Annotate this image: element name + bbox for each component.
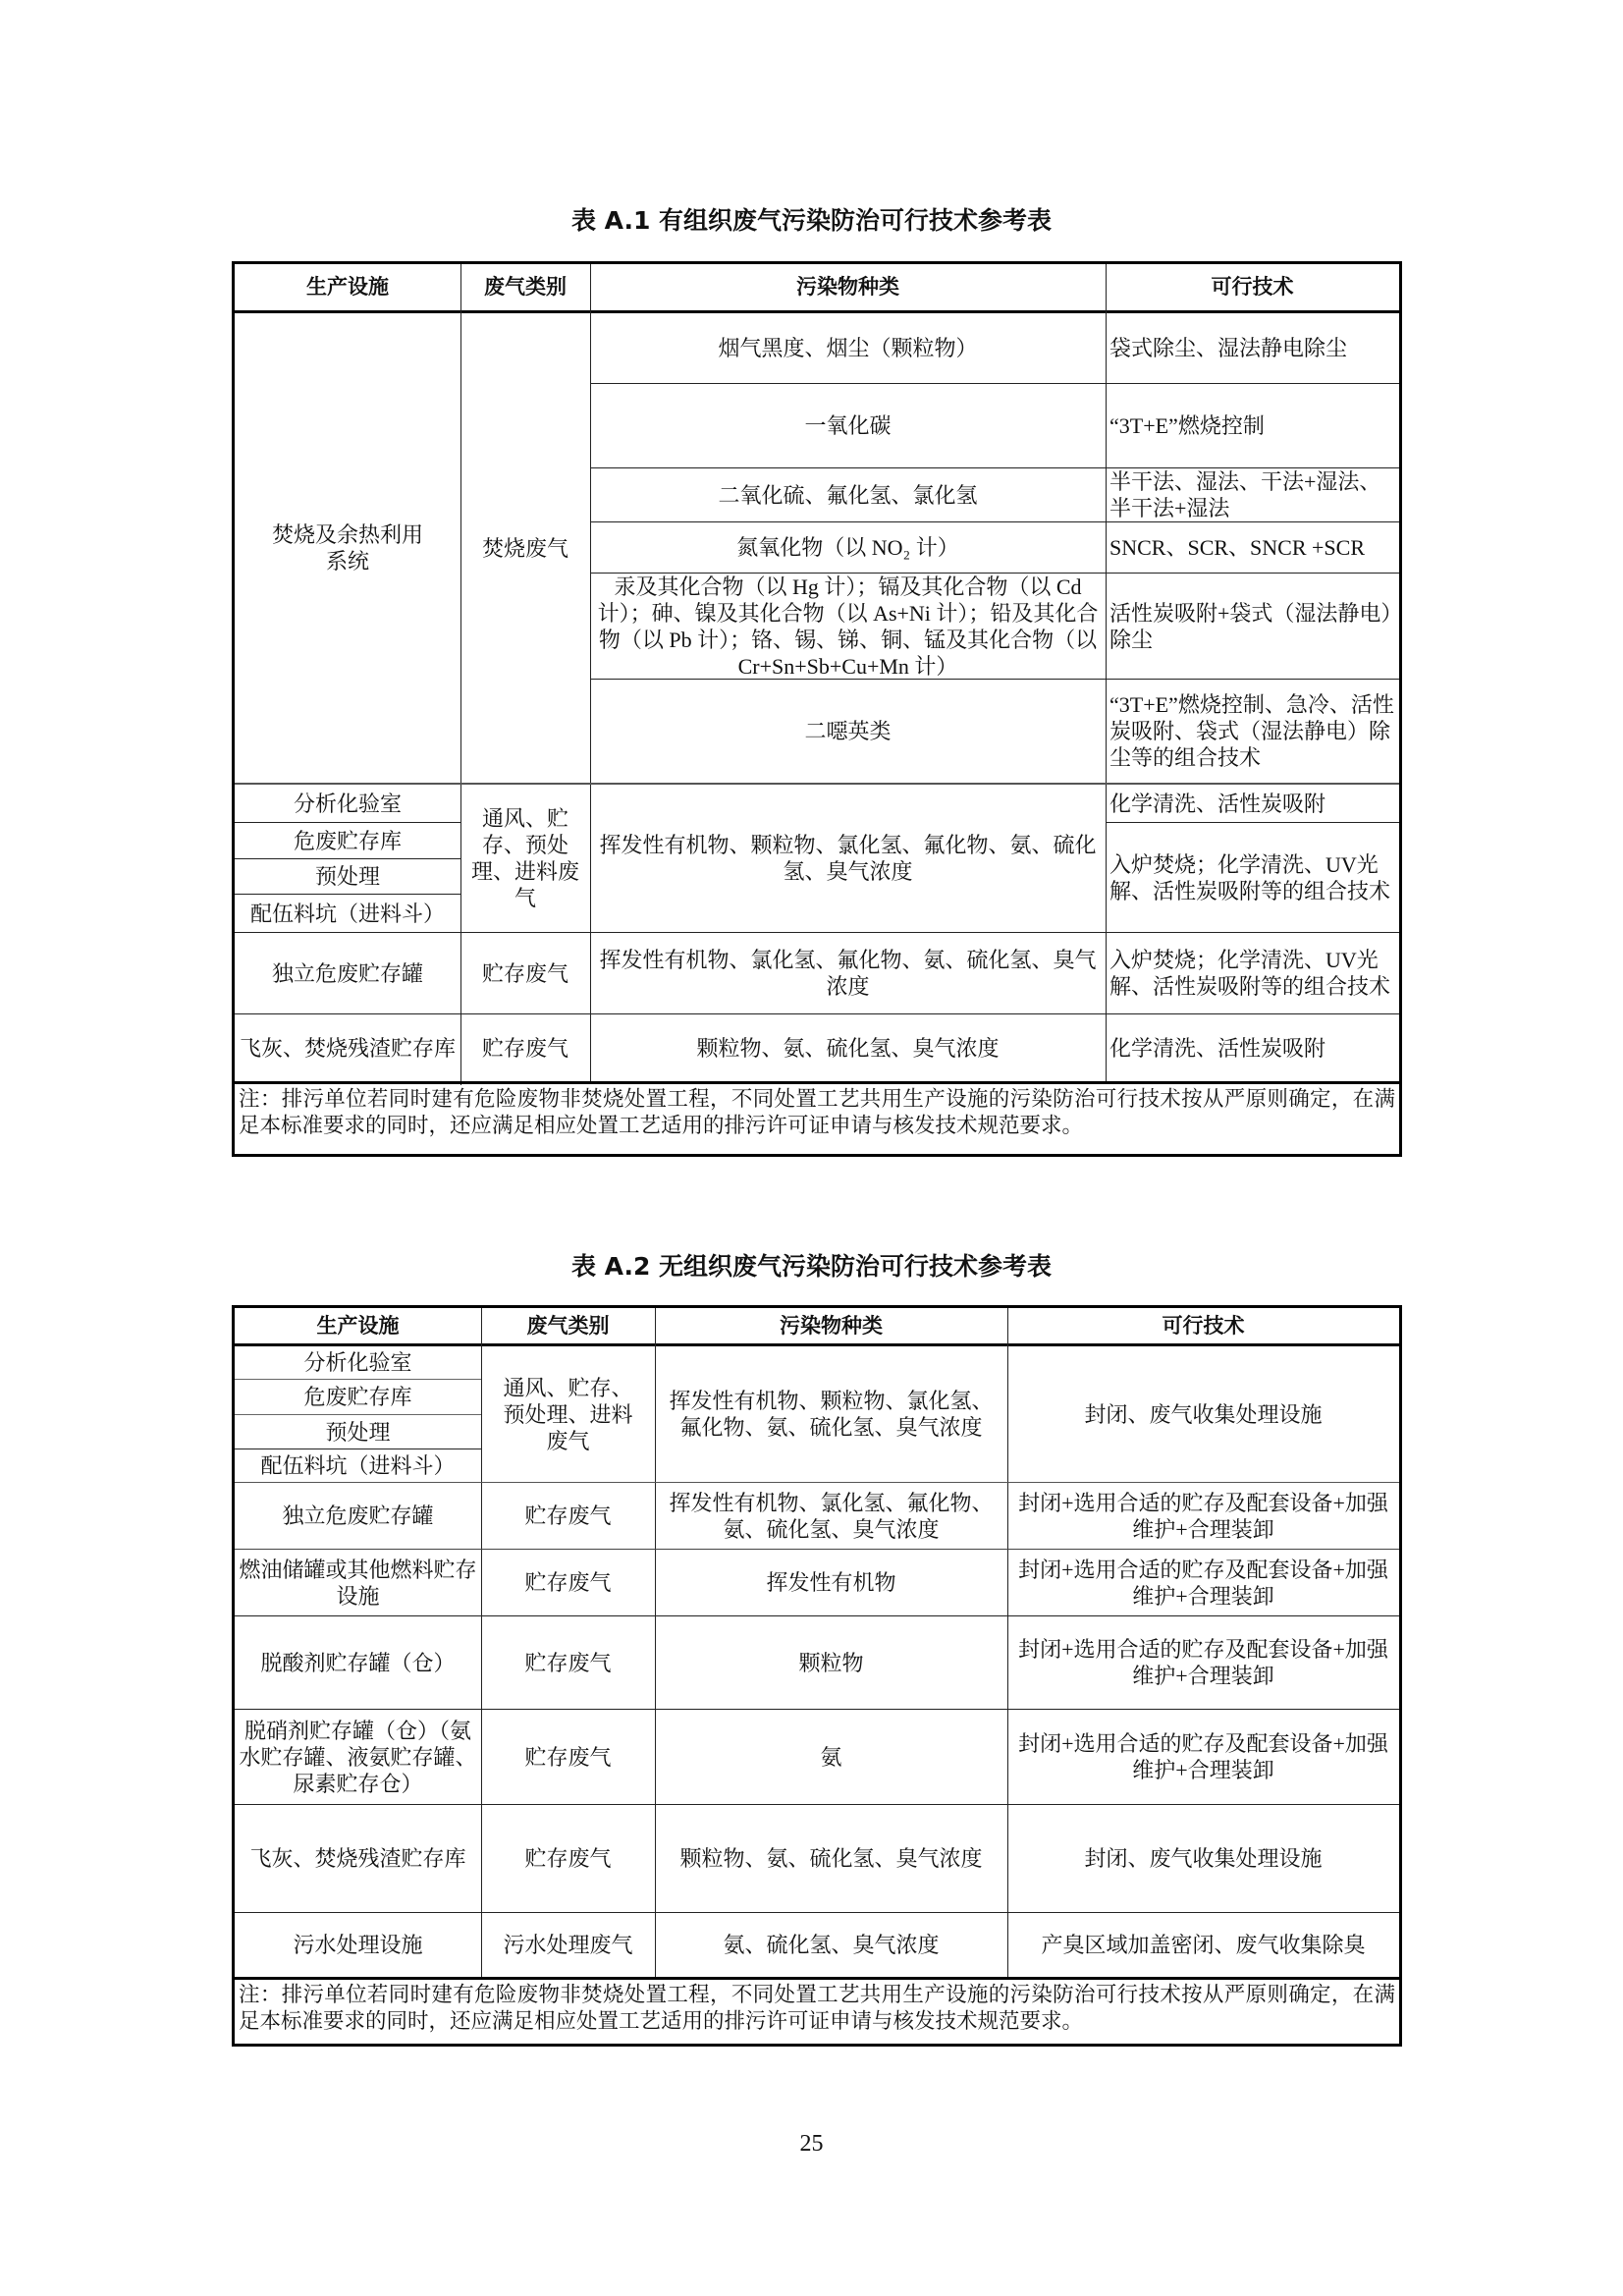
technique-cell: 封闭+选用合适的贮存及配套设备+加强维护+合理装卸 — [1007, 1550, 1399, 1615]
facility-cell: 脱硝剂贮存罐（仓）（氨水贮存罐、液氨贮存罐、尿素贮存仓） — [235, 1710, 481, 1804]
header-technique: 可行技术 — [1007, 1308, 1399, 1343]
table-a2-note: 注：排污单位若同时建有危险废物非焚烧处置工程，不同处置工艺共用生产设施的污染防治… — [235, 1980, 1399, 2044]
pollutant-cell: 挥发性有机物、氯化氢、氟化物、氨、硫化氢、臭气浓度 — [590, 933, 1106, 1013]
header-facility: 生产设施 — [235, 1308, 481, 1343]
gas-type-cell: 通风、贮存、预处理、进料废气 — [460, 785, 590, 932]
facility-cell: 独立危废贮存罐 — [235, 933, 460, 1013]
facility-cell: 飞灰、焚烧残渣贮存库 — [235, 1805, 481, 1912]
technique-cell: 活性炭吸附+袋式（湿法静电）除尘 — [1106, 574, 1399, 679]
table-a1: 生产设施 废气类别 污染物种类 可行技术 焚烧及余热利用系统 焚烧废气 烟气黑度… — [232, 261, 1402, 1157]
table-a2-title: 表 A.2 无组织废气污染防治可行技术参考表 — [0, 1247, 1623, 1283]
pollutant-cell: 汞及其化合物（以 Hg 计）；镉及其化合物（以 Cd 计）；砷、镍及其化合物（以… — [590, 574, 1106, 679]
technique-cell: 产臭区域加盖密闭、废气收集除臭 — [1007, 1913, 1399, 1977]
pollutant-cell: 颗粒物 — [655, 1616, 1007, 1709]
table-a2: 生产设施 废气类别 污染物种类 可行技术 分析化验室 危废贮存库 预处理 配伍料… — [232, 1305, 1402, 2047]
pollutant-cell: 挥发性有机物、氯化氢、氟化物、氨、硫化氢、臭气浓度 — [655, 1483, 1007, 1549]
header-gas-type: 废气类别 — [481, 1308, 655, 1343]
technique-cell: 袋式除尘、湿法静电除尘 — [1106, 313, 1399, 383]
technique-cell: 入炉焚烧；化学清洗、UV光解、活性炭吸附等的组合技术 — [1106, 933, 1399, 1013]
technique-cell: SNCR、SCR、SNCR +SCR — [1106, 522, 1399, 573]
header-facility: 生产设施 — [235, 264, 460, 310]
gas-type-cell: 贮存废气 — [481, 1483, 655, 1549]
facility-cell: 燃油储罐或其他燃料贮存设施 — [235, 1550, 481, 1615]
pollutant-cell: 二氧化硫、氟化氢、氯化氢 — [590, 468, 1106, 521]
technique-cell: “3T+E”燃烧控制、急冷、活性炭吸附、袋式（湿法静电）除尘等的组合技术 — [1106, 680, 1399, 783]
pollutant-cell: 二噁英类 — [590, 680, 1106, 783]
technique-cell: 半干法、湿法、干法+湿法、半干法+湿法 — [1106, 468, 1399, 521]
technique-cell: 入炉焚烧；化学清洗、UV光解、活性炭吸附等的组合技术 — [1106, 823, 1399, 932]
technique-cell: 封闭、废气收集处理设施 — [1007, 1346, 1399, 1482]
technique-cell: 封闭+选用合适的贮存及配套设备+加强维护+合理装卸 — [1007, 1616, 1399, 1709]
pollutant-cell: 一氧化碳 — [590, 384, 1106, 467]
header-technique: 可行技术 — [1106, 264, 1399, 310]
facility-cell: 危废贮存库 — [235, 1380, 481, 1414]
gas-type-cell: 贮存废气 — [460, 1014, 590, 1081]
gas-type-cell: 贮存废气 — [481, 1710, 655, 1804]
facility-cell: 焚烧及余热利用系统 — [235, 313, 460, 783]
gas-type-cell: 污水处理废气 — [481, 1913, 655, 1977]
table-a1-note: 注：排污单位若同时建有危险废物非焚烧处置工程，不同处置工艺共用生产设施的污染防治… — [235, 1084, 1399, 1154]
facility-cell: 配伍料坑（进料斗） — [235, 895, 460, 932]
facility-cell: 配伍料坑（进料斗） — [235, 1449, 481, 1482]
pollutant-cell: 挥发性有机物、颗粒物、氯化氢、氟化物、氨、硫化氢、臭气浓度 — [590, 785, 1106, 932]
facility-cell: 危废贮存库 — [235, 823, 460, 858]
pollutant-cell: 氮氧化物（以 NO₂ 计） — [590, 522, 1106, 573]
header-pollutant: 污染物种类 — [655, 1308, 1007, 1343]
gas-type-cell: 贮存废气 — [481, 1805, 655, 1912]
facility-cell: 分析化验室 — [235, 785, 460, 822]
gas-type-cell: 焚烧废气 — [460, 313, 590, 783]
technique-cell: “3T+E”燃烧控制 — [1106, 384, 1399, 467]
technique-cell: 化学清洗、活性炭吸附 — [1106, 785, 1399, 822]
pollutant-cell: 颗粒物、氨、硫化氢、臭气浓度 — [590, 1014, 1106, 1081]
pollutant-cell: 氨、硫化氢、臭气浓度 — [655, 1913, 1007, 1977]
gas-type-cell: 贮存废气 — [460, 933, 590, 1013]
gas-type-cell: 贮存废气 — [481, 1550, 655, 1615]
pollutant-cell: 挥发性有机物 — [655, 1550, 1007, 1615]
facility-cell: 脱酸剂贮存罐（仓） — [235, 1616, 481, 1709]
pollutant-cell: 烟气黑度、烟尘（颗粒物） — [590, 313, 1106, 383]
facility-cell: 污水处理设施 — [235, 1913, 481, 1977]
facility-cell: 独立危废贮存罐 — [235, 1483, 481, 1549]
facility-cell: 预处理 — [235, 1415, 481, 1449]
pollutant-cell: 颗粒物、氨、硫化氢、臭气浓度 — [655, 1805, 1007, 1912]
technique-cell: 封闭、废气收集处理设施 — [1007, 1805, 1399, 1912]
technique-cell: 封闭+选用合适的贮存及配套设备+加强维护+合理装卸 — [1007, 1483, 1399, 1549]
pollutant-cell: 氨 — [655, 1710, 1007, 1804]
header-gas-type: 废气类别 — [460, 264, 590, 310]
pollutant-cell: 挥发性有机物、颗粒物、氯化氢、氟化物、氨、硫化氢、臭气浓度 — [655, 1346, 1007, 1482]
facility-cell: 飞灰、焚烧残渣贮存库 — [235, 1014, 460, 1081]
gas-type-cell: 贮存废气 — [481, 1616, 655, 1709]
technique-cell: 化学清洗、活性炭吸附 — [1106, 1014, 1399, 1081]
header-pollutant: 污染物种类 — [590, 264, 1106, 310]
facility-cell: 预处理 — [235, 859, 460, 894]
facility-cell: 分析化验室 — [235, 1346, 481, 1379]
page-number: 25 — [0, 2131, 1623, 2158]
technique-cell: 封闭+选用合适的贮存及配套设备+加强维护+合理装卸 — [1007, 1710, 1399, 1804]
gas-type-cell: 通风、贮存、预处理、进料废气 — [481, 1346, 655, 1482]
table-a1-title: 表 A.1 有组织废气污染防治可行技术参考表 — [0, 201, 1623, 237]
